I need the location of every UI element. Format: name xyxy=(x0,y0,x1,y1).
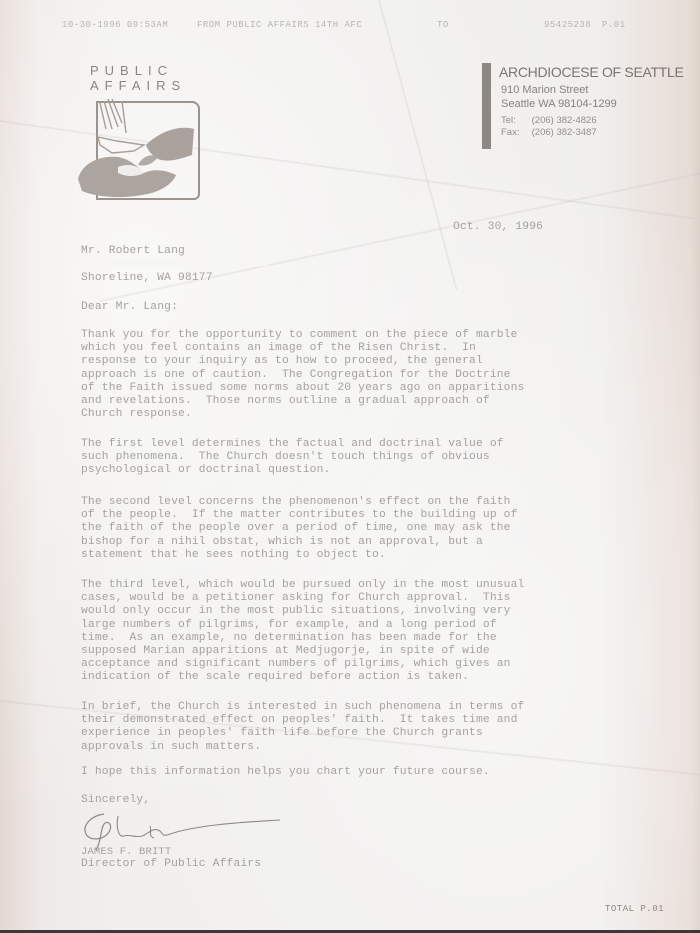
street-address: 910 Marion Street xyxy=(501,84,588,96)
paragraph-3: The second level concerns the phenomenon… xyxy=(81,496,518,562)
signer-title: Director of Public Affairs xyxy=(81,858,261,871)
telephone-number: (206) 382-4826 xyxy=(532,115,597,126)
paragraph-6: I hope this information helps you chart … xyxy=(81,766,490,779)
fax-number-letterhead: (206) 382-3487 xyxy=(532,127,597,138)
paragraph-5: In brief, the Church is interested in su… xyxy=(81,701,524,754)
organization-name: ARCHDIOCESE OF SEATTLE xyxy=(499,64,684,80)
logo-line-1: PUBLIC xyxy=(90,63,210,78)
salutation: Dear Mr. Lang: xyxy=(81,301,178,314)
fax-to: TO xyxy=(437,20,449,30)
letter-date: Oct. 30, 1996 xyxy=(453,221,543,234)
recipient-city: Shoreline, WA 98177 xyxy=(81,272,213,285)
recipient-name: Mr. Robert Lang xyxy=(81,245,185,258)
paper-crease xyxy=(378,0,458,290)
city-address: Seattle WA 98104-1299 xyxy=(501,98,617,110)
paragraph-1: Thank you for the opportunity to comment… xyxy=(81,329,524,421)
fax-number: 95425238 xyxy=(544,20,591,30)
telephone-label: Tel: xyxy=(501,115,529,126)
letterhead-bar xyxy=(482,63,491,149)
logo-line-2: AFFAIRS xyxy=(90,78,210,93)
fax-timestamp: 10-30-1996 09:53AM xyxy=(62,20,168,30)
fax-page: 10-30-1996 09:53AM FROM PUBLIC AFFAIRS 1… xyxy=(0,0,700,933)
paragraph-4: The third level, which would be pursued … xyxy=(81,579,524,685)
fax-from: FROM PUBLIC AFFAIRS 14TH AFC xyxy=(197,20,362,30)
fax-transmission-header: 10-30-1996 09:53AM FROM PUBLIC AFFAIRS 1… xyxy=(62,20,682,34)
archdiocese-letterhead: ARCHDIOCESE OF SEATTLE 910 Marion Street… xyxy=(482,63,700,153)
telephone-line: Tel: (206) 382-4826 xyxy=(501,115,597,126)
fax-label: Fax: xyxy=(501,127,529,138)
public-affairs-logo: PUBLIC AFFAIRS xyxy=(72,63,200,198)
closing: Sincerely, xyxy=(81,794,150,807)
redacted-address xyxy=(80,259,270,266)
dove-over-hand-icon xyxy=(72,93,202,201)
paragraph-2: The first level determines the factual a… xyxy=(81,438,504,478)
fax-page: P.01 xyxy=(602,20,626,30)
total-pages: TOTAL P.01 xyxy=(605,904,664,914)
fax-line: Fax: (206) 382-3487 xyxy=(501,127,597,138)
